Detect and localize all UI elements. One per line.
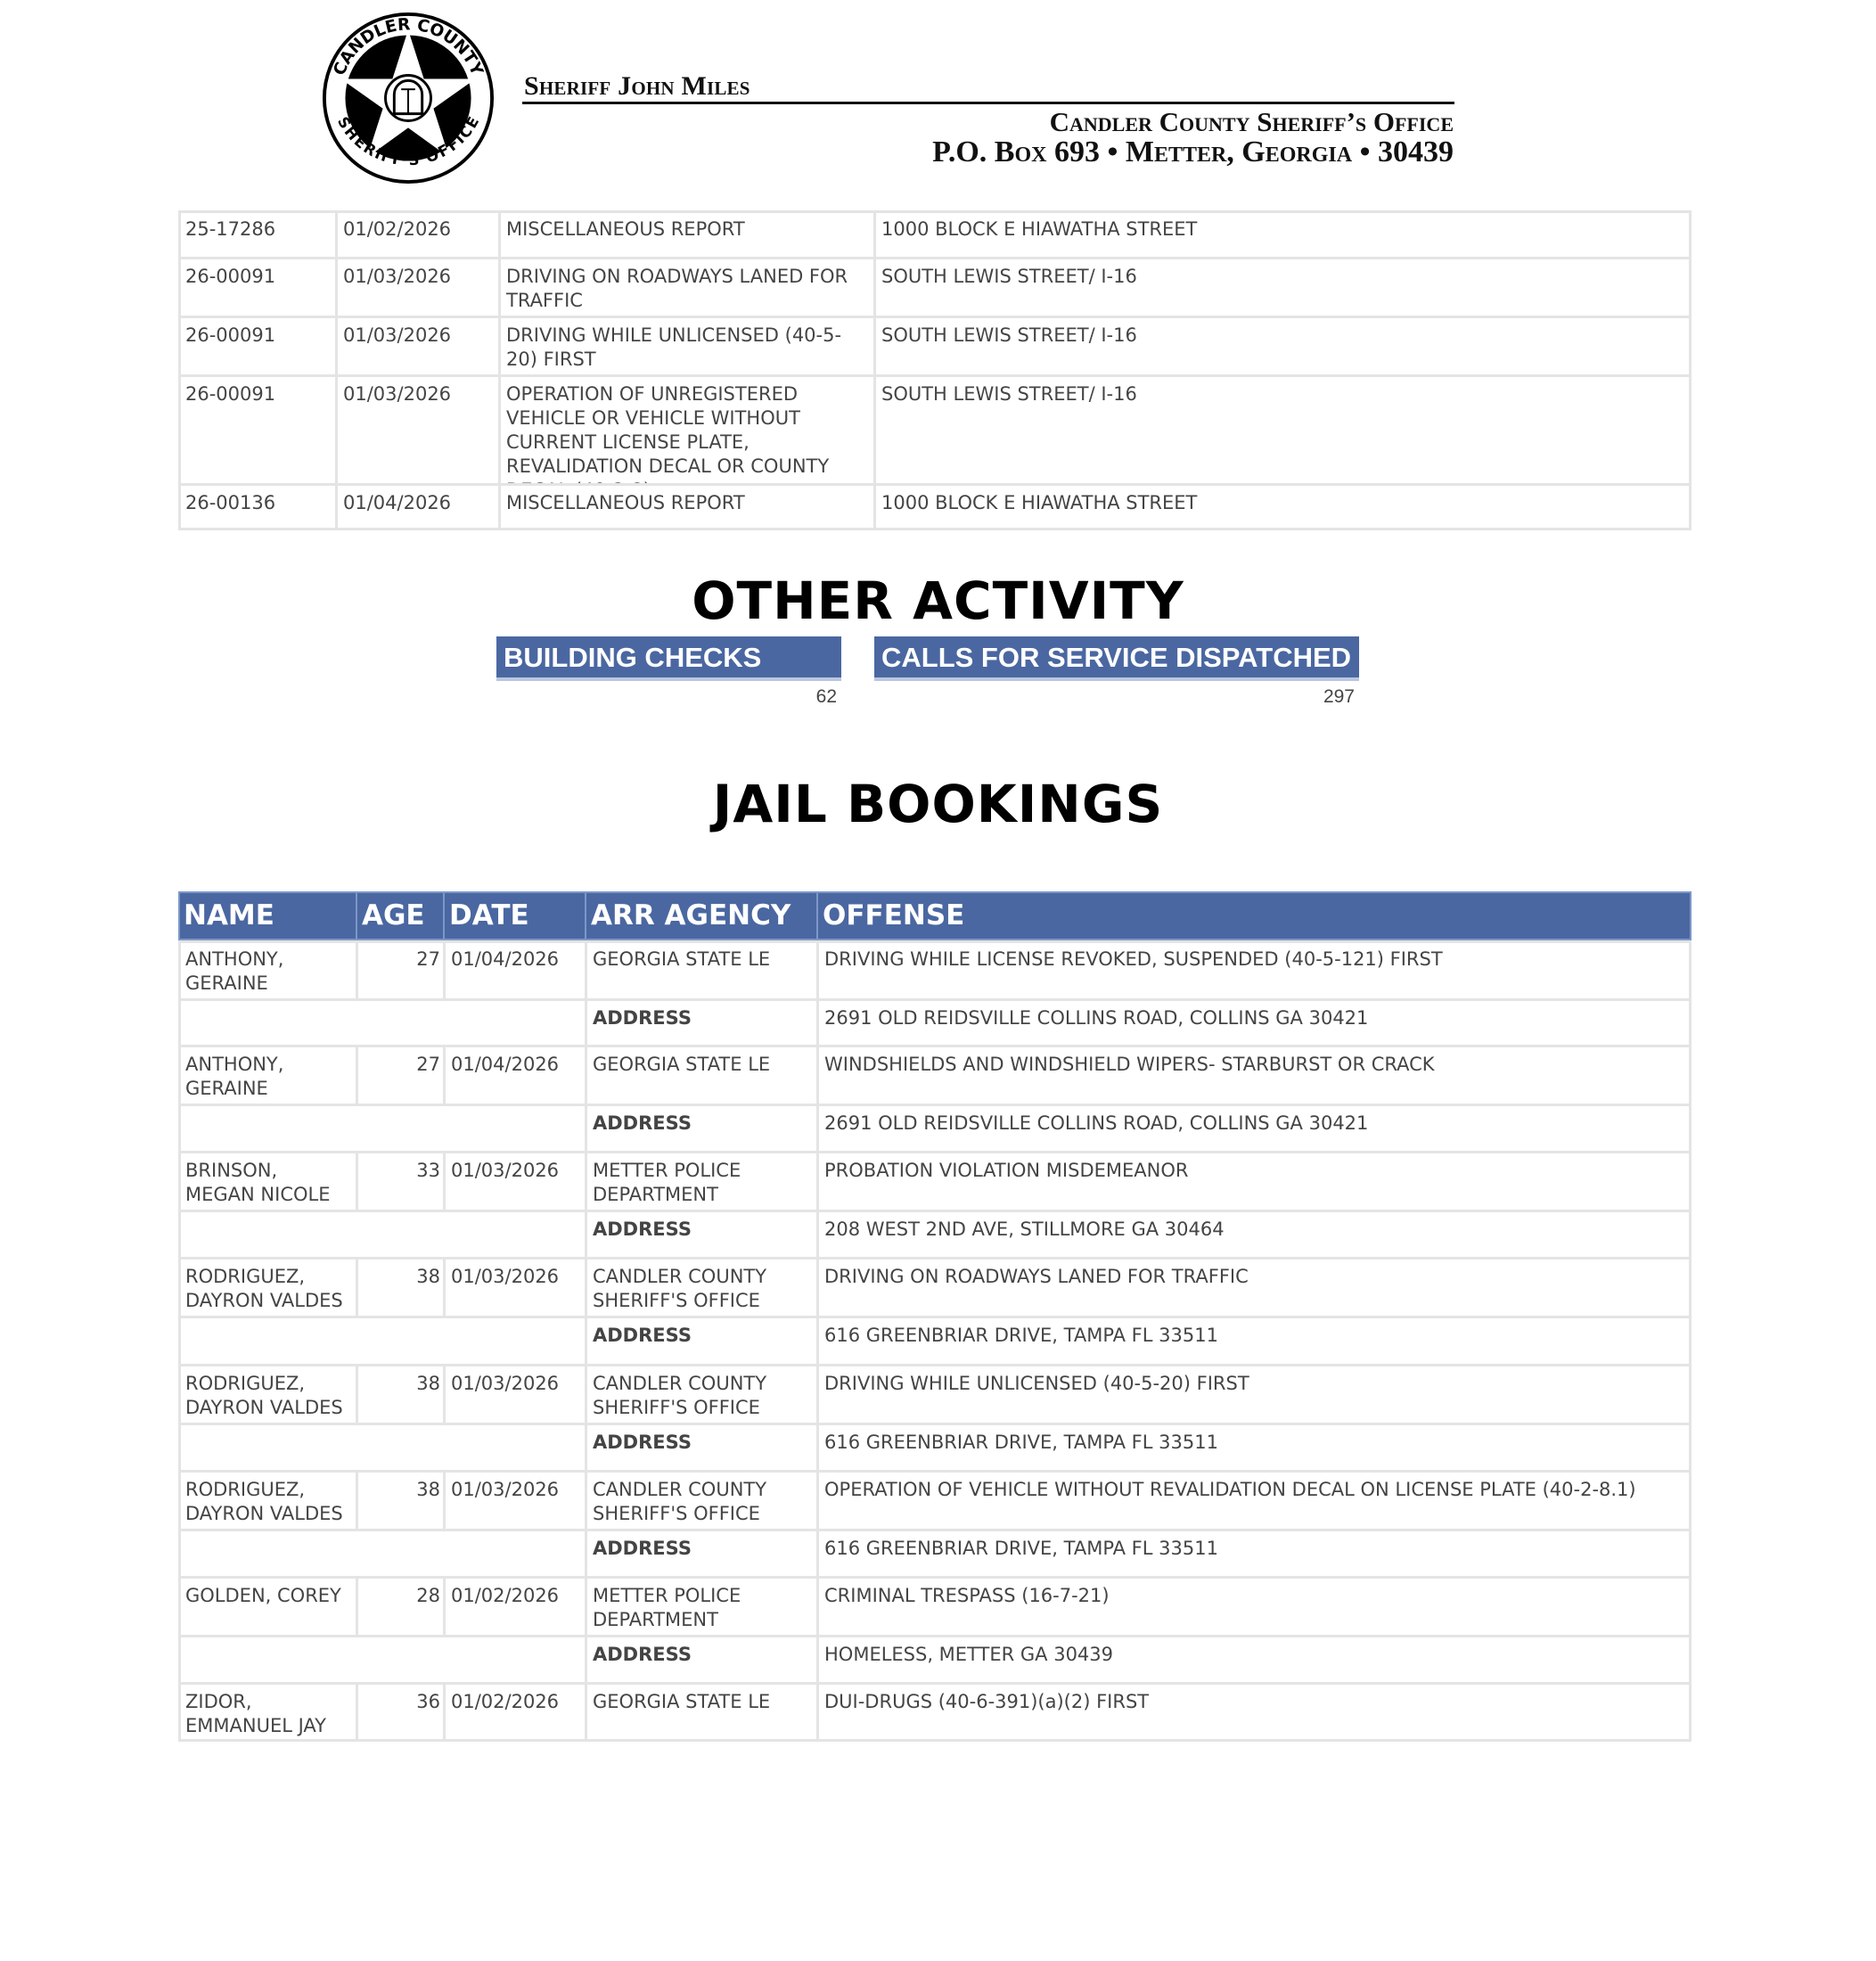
incident-location: SOUTH LEWIS STREET/ I-16 (876, 259, 1692, 316)
column-divider (585, 1683, 587, 1742)
column-divider (356, 1471, 358, 1530)
booking-date: 01/04/2026 (446, 942, 586, 999)
column-divider (816, 1046, 819, 1104)
column-divider (443, 1683, 446, 1742)
booking-address: 616 GREENBRIAR DRIVE, TAMPA FL 33511 (819, 1318, 1692, 1365)
calls-for-service-label: CALLS FOR SERVICE DISPATCHED (881, 642, 1351, 674)
booking-age: 38 (358, 1259, 444, 1317)
column-divider (816, 1152, 819, 1210)
address-label: ADDRESS (587, 1531, 817, 1577)
incident-offense: OPERATION OF UNREGISTERED VEHICLE OR VEH… (501, 377, 874, 484)
incident-date: 01/03/2026 (338, 259, 499, 316)
column-divider (443, 1046, 446, 1104)
header-date: DATE (444, 891, 586, 940)
booking-date: 01/03/2026 (446, 1153, 586, 1210)
header-offense: OFFENSE (817, 891, 1691, 940)
column-divider (585, 1210, 587, 1258)
header-name: NAME (178, 891, 356, 940)
address-label: ADDRESS (587, 1212, 817, 1258)
column-divider (816, 1530, 819, 1577)
address-label: ADDRESS (587, 1425, 817, 1471)
column-divider (585, 1471, 587, 1530)
column-divider (816, 1365, 819, 1424)
column-divider (816, 1317, 819, 1365)
column-divider (585, 1152, 587, 1210)
row-divider (178, 1316, 1692, 1318)
booking-age: 38 (358, 1473, 444, 1530)
booking-address: 208 WEST 2ND AVE, STILLMORE GA 30464 (819, 1212, 1692, 1258)
row-divider (178, 1576, 1692, 1579)
sheriff-badge-logo: CANDLER COUNTY SHERIFF'S OFFICE (321, 11, 496, 185)
calls-for-service-header: CALLS FOR SERVICE DISPATCHED (874, 636, 1359, 681)
incident-location: 1000 BLOCK E HIAWATHA STREET (876, 486, 1692, 530)
row-divider (178, 1151, 1692, 1153)
booking-address: 616 GREENBRIAR DRIVE, TAMPA FL 33511 (819, 1531, 1692, 1577)
office-name: Candler County Sheriff’s Office (1050, 106, 1454, 138)
booking-date: 01/02/2026 (446, 1685, 586, 1742)
booking-offense: PROBATION VIOLATION MISDEMEANOR (819, 1153, 1692, 1210)
column-divider (356, 1577, 358, 1636)
booking-agency: GEORGIA STATE LE (587, 1685, 817, 1742)
building-checks-header: BUILDING CHECKS (496, 636, 841, 681)
address-label: ADDRESS (587, 1106, 817, 1152)
column-divider (443, 1258, 446, 1317)
row-divider (178, 1257, 1692, 1259)
incident-offense: DRIVING ON ROADWAYS LANED FOR TRAFFIC (501, 259, 874, 316)
incident-location: SOUTH LEWIS STREET/ I-16 (876, 377, 1692, 484)
other-activity-title: OTHER ACTIVITY (0, 570, 1876, 631)
row-divider (178, 1423, 1692, 1425)
row-divider (178, 1364, 1692, 1366)
calls-for-service-value: 297 (874, 686, 1355, 708)
booking-date: 01/03/2026 (446, 1473, 586, 1530)
booking-address: HOMELESS, METTER GA 30439 (819, 1637, 1692, 1683)
booking-name: RODRIGUEZ, DAYRON VALDES (180, 1366, 356, 1424)
booking-offense: DRIVING WHILE LICENSE REVOKED, SUSPENDED… (819, 942, 1692, 999)
case-number: 26-00091 (180, 377, 336, 484)
row-divider (178, 1529, 1692, 1531)
case-number: 26-00136 (180, 486, 336, 530)
column-divider (356, 1152, 358, 1210)
column-divider (356, 1046, 358, 1104)
booking-age: 28 (358, 1579, 444, 1636)
column-divider (585, 1577, 587, 1636)
column-divider (443, 1471, 446, 1530)
column-divider (443, 1365, 446, 1424)
booking-age: 36 (358, 1685, 444, 1742)
booking-agency: GEORGIA STATE LE (587, 1047, 817, 1104)
booking-agency: GEORGIA STATE LE (587, 942, 817, 999)
row-divider (178, 483, 1692, 486)
booking-name: ANTHONY, GERAINE (180, 942, 356, 999)
header-age: AGE (356, 891, 444, 940)
incident-date: 01/03/2026 (338, 318, 499, 375)
incident-offense: MISCELLANEOUS REPORT (501, 486, 874, 530)
case-number: 26-00091 (180, 318, 336, 375)
booking-agency: METTER POLICE DEPARTMENT (587, 1579, 817, 1636)
letterhead-divider (522, 102, 1454, 104)
header-arr-agency: ARR AGENCY (586, 891, 817, 940)
column-divider (498, 210, 501, 530)
building-checks-label: BUILDING CHECKS (504, 642, 761, 674)
incident-location: 1000 BLOCK E HIAWATHA STREET (876, 212, 1692, 258)
row-divider (178, 257, 1692, 259)
incident-offense: DRIVING WHILE UNLICENSED (40-5-20) FIRST (501, 318, 874, 375)
booking-offense: DRIVING ON ROADWAYS LANED FOR TRAFFIC (819, 1259, 1692, 1317)
column-divider (356, 1365, 358, 1424)
row-divider (178, 316, 1692, 318)
column-divider (585, 1365, 587, 1424)
booking-offense: DRIVING WHILE UNLICENSED (40-5-20) FIRST (819, 1366, 1692, 1424)
column-divider (816, 1104, 819, 1152)
incident-date: 01/03/2026 (338, 377, 499, 484)
column-divider (816, 1577, 819, 1636)
column-divider (585, 1424, 587, 1471)
column-divider (816, 1258, 819, 1317)
booking-agency: METTER POLICE DEPARTMENT (587, 1153, 817, 1210)
column-divider (585, 999, 587, 1046)
booking-offense: OPERATION OF VEHICLE WITHOUT REVALIDATIO… (819, 1473, 1692, 1530)
column-divider (356, 1683, 358, 1742)
booking-name: BRINSON, MEGAN NICOLE (180, 1153, 356, 1210)
column-divider (443, 1577, 446, 1636)
row-divider (178, 1210, 1692, 1212)
incident-date: 01/02/2026 (338, 212, 499, 258)
office-address: P.O. Box 693 • Metter, Georgia • 30439 (932, 135, 1454, 169)
column-divider (816, 1210, 819, 1258)
booking-date: 01/02/2026 (446, 1579, 586, 1636)
booking-date: 01/03/2026 (446, 1259, 586, 1317)
column-divider (585, 1317, 587, 1365)
building-checks-value: 62 (496, 686, 837, 708)
booking-agency: CANDLER COUNTY SHERIFF'S OFFICE (587, 1473, 817, 1530)
case-number: 26-00091 (180, 259, 336, 316)
column-divider (816, 1471, 819, 1530)
row-divider (178, 1682, 1692, 1685)
booking-name: GOLDEN, COREY (180, 1579, 356, 1636)
booking-age: 27 (358, 942, 444, 999)
booking-agency: CANDLER COUNTY SHERIFF'S OFFICE (587, 1366, 817, 1424)
booking-name: ANTHONY, GERAINE (180, 1047, 356, 1104)
row-divider (178, 1045, 1692, 1047)
booking-name: ZIDOR, EMMANUEL JAY (180, 1685, 356, 1742)
booking-address: 616 GREENBRIAR DRIVE, TAMPA FL 33511 (819, 1425, 1692, 1471)
column-divider (356, 1258, 358, 1317)
column-divider (585, 1046, 587, 1104)
booking-offense: CRIMINAL TRESPASS (16-7-21) (819, 1579, 1692, 1636)
column-divider (585, 940, 587, 999)
incident-offense: MISCELLANEOUS REPORT (501, 212, 874, 258)
incident-location: SOUTH LEWIS STREET/ I-16 (876, 318, 1692, 375)
column-divider (443, 940, 446, 999)
booking-offense: WINDSHIELDS AND WINDSHIELD WIPERS- STARB… (819, 1047, 1692, 1104)
column-divider (816, 1683, 819, 1742)
column-divider (816, 999, 819, 1046)
jail-bookings-title: JAIL BOOKINGS (0, 774, 1876, 834)
column-divider (816, 1424, 819, 1471)
row-divider (178, 1635, 1692, 1637)
address-label: ADDRESS (587, 1637, 817, 1683)
column-divider (585, 1530, 587, 1577)
row-divider (178, 1104, 1692, 1106)
column-divider (585, 1104, 587, 1152)
incident-date: 01/04/2026 (338, 486, 499, 530)
booking-offense: DUI-DRUGS (40-6-391)(a)(2) FIRST (819, 1685, 1692, 1742)
address-label: ADDRESS (587, 1001, 817, 1046)
column-divider (356, 940, 358, 999)
booking-address: 2691 OLD REIDSVILLE COLLINS ROAD, COLLIN… (819, 1106, 1692, 1152)
column-divider (585, 1636, 587, 1683)
column-divider (816, 940, 819, 999)
row-divider (178, 998, 1692, 1001)
case-number: 25-17286 (180, 212, 336, 258)
column-divider (585, 1258, 587, 1317)
booking-address: 2691 OLD REIDSVILLE COLLINS ROAD, COLLIN… (819, 1001, 1692, 1046)
column-divider (816, 1636, 819, 1683)
booking-age: 33 (358, 1153, 444, 1210)
booking-age: 27 (358, 1047, 444, 1104)
row-divider (178, 1470, 1692, 1473)
booking-name: RODRIGUEZ, DAYRON VALDES (180, 1259, 356, 1317)
row-divider (178, 374, 1692, 377)
booking-date: 01/03/2026 (446, 1366, 586, 1424)
column-divider (443, 1152, 446, 1210)
booking-date: 01/04/2026 (446, 1047, 586, 1104)
booking-name: RODRIGUEZ, DAYRON VALDES (180, 1473, 356, 1530)
sheriff-name: Sheriff John Miles (524, 71, 750, 102)
column-divider (335, 210, 338, 530)
booking-agency: CANDLER COUNTY SHERIFF'S OFFICE (587, 1259, 817, 1317)
column-divider (873, 210, 876, 530)
booking-age: 38 (358, 1366, 444, 1424)
address-label: ADDRESS (587, 1318, 817, 1365)
